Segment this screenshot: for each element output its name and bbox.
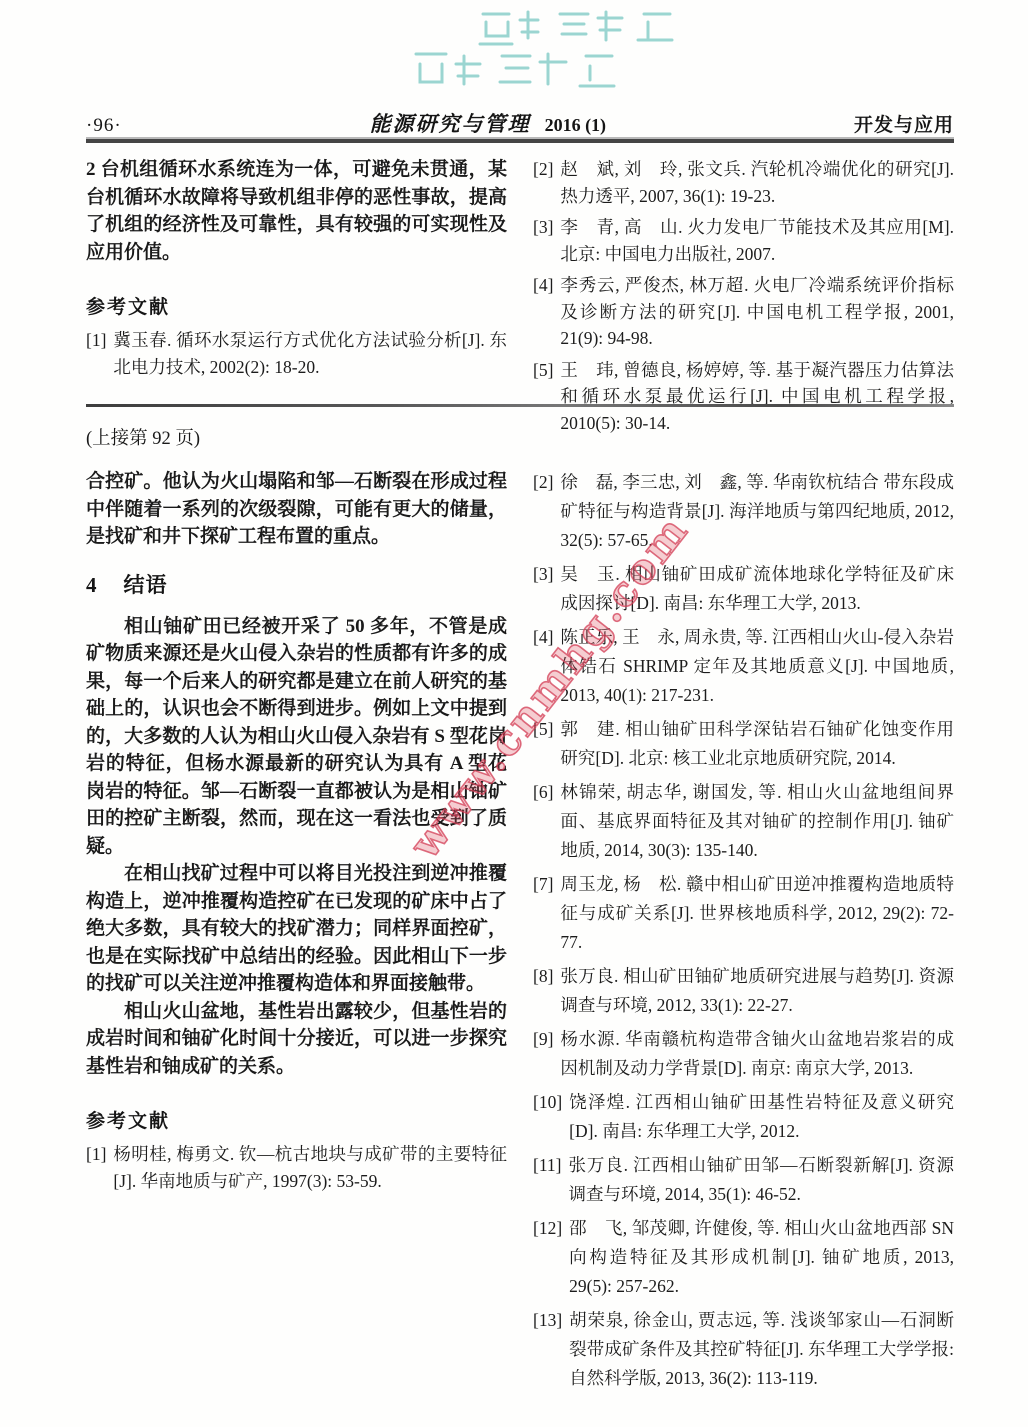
reference-text: 王 玮, 曾德良, 杨婷婷, 等. 基于凝汽器压力估算法和循环水泵最优运行[J]…: [560, 357, 954, 437]
references-list: [2] 徐 磊, 李三忠, 刘 鑫, 等. 华南钦杭结合 带东段成矿特征与构造背…: [533, 468, 954, 1393]
reference-marker: [9]: [533, 1025, 553, 1083]
page-number: ·96·: [86, 115, 122, 137]
reference-text: 冀玉春. 循环水泵运行方式优化方法试验分析[J]. 东北电力技术, 2002(2…: [113, 327, 507, 380]
article-divider-rule: [86, 404, 954, 407]
reference-item: [2] 赵 斌, 刘 玲, 张文兵. 汽轮机冷端优化的研究[J]. 热力透平, …: [533, 156, 954, 209]
reference-item: [3] 李 青, 高 山. 火力发电厂节能技术及其应用[M]. 北京: 中国电力…: [533, 214, 954, 267]
reference-item: [11] 张万良. 江西相山铀矿田邹—石断裂新解[J]. 资源调查与环境, 20…: [533, 1151, 954, 1209]
reference-marker: [1]: [86, 1141, 106, 1194]
main-section: 合控矿。他认为火山塌陷和邹—石断裂在形成过程中伴随着一系列的次级裂隙，可能有更大…: [86, 468, 954, 1398]
reference-marker: [6]: [533, 778, 553, 865]
reference-text: 陈正乐, 王 永, 周永贵, 等. 江西相山火山-侵入杂岩体锆石 SHRIMP …: [560, 623, 954, 710]
reference-item: [13] 胡荣泉, 徐金山, 贾志远, 等. 浅谈邹家山—石洞断裂带成矿条件及其…: [533, 1306, 954, 1393]
reference-item: [8] 张万良. 相山矿田铀矿地质研究进展与趋势[J]. 资源调查与环境, 20…: [533, 962, 954, 1020]
journal-header: 能源研究与管理 2016 (1): [122, 108, 854, 138]
reference-item: [10] 饶泽煌. 江西相山铀矿田基性岩特征及意义研究[D]. 南昌: 东华理工…: [533, 1088, 954, 1146]
journal-issue: 2016 (1): [545, 115, 607, 135]
reference-marker: [1]: [86, 327, 106, 380]
reference-item: [1] 杨明桂, 梅勇文. 钦—杭古地块与成矿带的主要特征[J]. 华南地质与矿…: [86, 1141, 507, 1194]
reference-text: 李 青, 高 山. 火力发电厂节能技术及其应用[M]. 北京: 中国电力出版社,…: [560, 214, 954, 267]
reference-text: 周玉龙, 杨 松. 赣中相山矿田逆冲推覆构造地质特征与成矿关系[J]. 世界核地…: [560, 870, 954, 957]
reference-text: 杨水源. 华南赣杭构造带含铀火山盆地岩浆岩的成因机制及动力学背景[D]. 南京:…: [560, 1025, 954, 1083]
reference-item: [2] 徐 磊, 李三忠, 刘 鑫, 等. 华南钦杭结合 带东段成矿特征与构造背…: [533, 468, 954, 555]
reference-text: 徐 磊, 李三忠, 刘 鑫, 等. 华南钦杭结合 带东段成矿特征与构造背景[J]…: [560, 468, 954, 555]
section-number: 4: [86, 573, 98, 597]
reference-text: 饶泽煌. 江西相山铀矿田基性岩特征及意义研究[D]. 南昌: 东华理工大学, 2…: [569, 1088, 954, 1146]
references-list: [2] 赵 斌, 刘 玲, 张文兵. 汽轮机冷端优化的研究[J]. 热力透平, …: [533, 156, 954, 436]
reference-text: 吴 玉. 相山铀矿田成矿流体地球化学特征及矿床成因探讨[D]. 南昌: 东华理工…: [560, 560, 954, 618]
conclusion-paragraph: 在相山找矿过程中可以将目光投注到逆冲推覆构造上，逆冲推覆构造控矿在已发现的矿床中…: [86, 860, 507, 998]
reference-item: [5] 王 玮, 曾德良, 杨婷婷, 等. 基于凝汽器压力估算法和循环水泵最优运…: [533, 357, 954, 437]
reference-marker: [4]: [533, 272, 553, 352]
conclusion-paragraph: 相山火山盆地，基性岩出露较少，但基性岩的成岩时间和铀矿化时间十分接近，可以进一步…: [86, 998, 507, 1081]
closing-paragraph: 2 台机组循环水系统连为一体，可避免未贯通，某台机循环水故障将导致机组非停的恶性…: [86, 156, 507, 266]
green-stamp-marks: [398, 2, 698, 96]
references-heading: 参考文献: [86, 1106, 507, 1133]
reference-marker: [2]: [533, 468, 553, 555]
reference-item: [7] 周玉龙, 杨 松. 赣中相山矿田逆冲推覆构造地质特征与成矿关系[J]. …: [533, 870, 954, 957]
page-header: ·96· 能源研究与管理 2016 (1) 开发与应用: [86, 108, 954, 138]
reference-marker: [3]: [533, 560, 553, 618]
references-heading: 参考文献: [86, 292, 507, 319]
continued-from-note: (上接第 92 页): [86, 424, 200, 450]
scanned-journal-page: ·96· 能源研究与管理 2016 (1) 开发与应用 2 台机组循环水系统连为…: [0, 0, 1028, 1427]
top-right-column: [2] 赵 斌, 刘 玲, 张文兵. 汽轮机冷端优化的研究[J]. 热力透平, …: [533, 156, 954, 441]
reference-marker: [7]: [533, 870, 553, 957]
main-right-column: [2] 徐 磊, 李三忠, 刘 鑫, 等. 华南钦杭结合 带东段成矿特征与构造背…: [533, 468, 954, 1398]
reference-marker: [12]: [533, 1214, 562, 1301]
reference-item: [6] 林锦荣, 胡志华, 谢国发, 等. 相山火山盆地组间界面、基底界面特征及…: [533, 778, 954, 865]
column-label: 开发与应用: [854, 110, 954, 137]
reference-marker: [5]: [533, 357, 553, 437]
section-title: 结语: [124, 573, 168, 597]
reference-item: [4] 陈正乐, 王 永, 周永贵, 等. 江西相山火山-侵入杂岩体锆石 SHR…: [533, 623, 954, 710]
top-left-column: 2 台机组循环水系统连为一体，可避免未贯通，某台机循环水故障将导致机组非停的恶性…: [86, 156, 507, 441]
header-rule: [86, 139, 954, 143]
main-left-column: 合控矿。他认为火山塌陷和邹—石断裂在形成过程中伴随着一系列的次级裂隙，可能有更大…: [86, 468, 507, 1398]
reference-text: 杨明桂, 梅勇文. 钦—杭古地块与成矿带的主要特征[J]. 华南地质与矿产, 1…: [113, 1141, 507, 1194]
reference-text: 张万良. 江西相山铀矿田邹—石断裂新解[J]. 资源调查与环境, 2014, 3…: [569, 1151, 954, 1209]
reference-item: [3] 吴 玉. 相山铀矿田成矿流体地球化学特征及矿床成因探讨[D]. 南昌: …: [533, 560, 954, 618]
reference-text: 张万良. 相山矿田铀矿地质研究进展与趋势[J]. 资源调查与环境, 2012, …: [560, 962, 954, 1020]
reference-item: [4] 李秀云, 严俊杰, 林万超. 火电厂冷端系统评价指标及诊断方法的研究[J…: [533, 272, 954, 352]
reference-marker: [3]: [533, 214, 553, 267]
reference-text: 赵 斌, 刘 玲, 张文兵. 汽轮机冷端优化的研究[J]. 热力透平, 2007…: [560, 156, 954, 209]
reference-text: 郭 建. 相山铀矿田科学深钻岩石铀矿化蚀变作用研究[D]. 北京: 核工业北京地…: [560, 715, 954, 773]
reference-text: 邵 飞, 邹茂卿, 许健俊, 等. 相山火山盆地西部 SN 向构造特征及其形成机…: [569, 1214, 954, 1301]
reference-marker: [10]: [533, 1088, 562, 1146]
reference-item: [9] 杨水源. 华南赣杭构造带含铀火山盆地岩浆岩的成因机制及动力学背景[D].…: [533, 1025, 954, 1083]
reference-marker: [5]: [533, 715, 553, 773]
reference-item: [12] 邵 飞, 邹茂卿, 许健俊, 等. 相山火山盆地西部 SN 向构造特征…: [533, 1214, 954, 1301]
lead-paragraph: 合控矿。他认为火山塌陷和邹—石断裂在形成过程中伴随着一系列的次级裂隙，可能有更大…: [86, 468, 507, 551]
reference-marker: [2]: [533, 156, 553, 209]
top-section: 2 台机组循环水系统连为一体，可避免未贯通，某台机循环水故障将导致机组非停的恶性…: [86, 156, 954, 441]
section-heading: 4结语: [86, 569, 507, 599]
references-list: [1] 杨明桂, 梅勇文. 钦—杭古地块与成矿带的主要特征[J]. 华南地质与矿…: [86, 1141, 507, 1194]
reference-text: 林锦荣, 胡志华, 谢国发, 等. 相山火山盆地组间界面、基底界面特征及其对铀矿…: [560, 778, 954, 865]
conclusion-paragraph: 相山铀矿田已经被开采了 50 多年，不管是成矿物质来源还是火山侵入杂岩的性质都有…: [86, 613, 507, 861]
reference-item: [5] 郭 建. 相山铀矿田科学深钻岩石铀矿化蚀变作用研究[D]. 北京: 核工…: [533, 715, 954, 773]
references-list: [1] 冀玉春. 循环水泵运行方式优化方法试验分析[J]. 东北电力技术, 20…: [86, 327, 507, 380]
reference-marker: [13]: [533, 1306, 562, 1393]
journal-title: 能源研究与管理: [370, 111, 531, 136]
reference-marker: [11]: [533, 1151, 562, 1209]
reference-marker: [8]: [533, 962, 553, 1020]
reference-item: [1] 冀玉春. 循环水泵运行方式优化方法试验分析[J]. 东北电力技术, 20…: [86, 327, 507, 380]
reference-text: 李秀云, 严俊杰, 林万超. 火电厂冷端系统评价指标及诊断方法的研究[J]. 中…: [560, 272, 954, 352]
reference-marker: [4]: [533, 623, 553, 710]
reference-text: 胡荣泉, 徐金山, 贾志远, 等. 浅谈邹家山—石洞断裂带成矿条件及其控矿特征[…: [569, 1306, 954, 1393]
